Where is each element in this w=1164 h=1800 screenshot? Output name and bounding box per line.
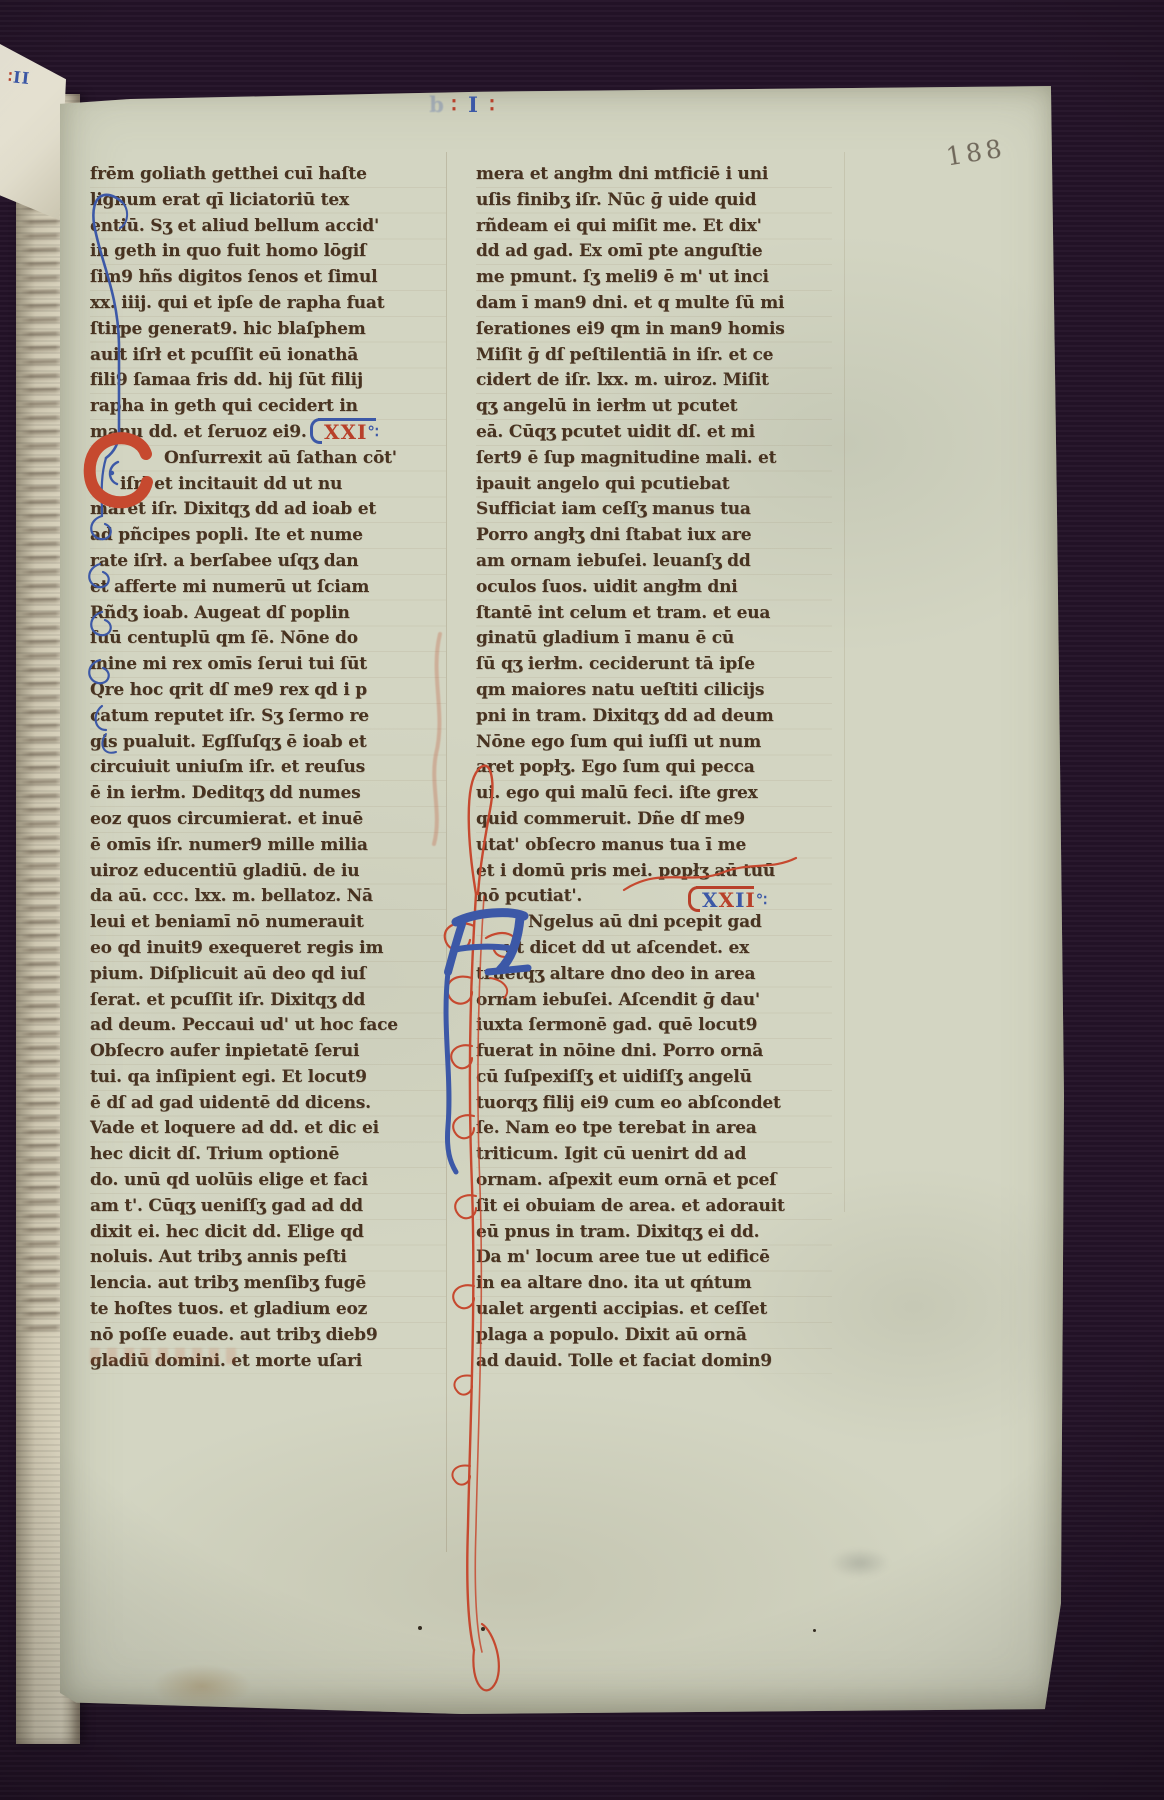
running-title-right-dots: ∶ xyxy=(489,92,494,117)
manuscript-text-line: ginatū gladium ī manu ē cū xyxy=(476,626,832,652)
chapter-numeral-xxi: XXI xyxy=(324,424,367,443)
manuscript-text-line: ſerationes ei9 qm in man9 homis xyxy=(476,317,832,343)
parchment-smudge xyxy=(830,1548,890,1578)
numeral-letter: X xyxy=(341,420,358,444)
facing-leaf-text-blur xyxy=(20,149,64,1340)
manuscript-text-line: cidert de iſr. lxx. m. uiroz. Miſit xyxy=(476,368,832,394)
running-title-ghost-offset: b xyxy=(429,92,444,117)
manuscript-text-line: dd ad gad. Ex omī pte anguſtie xyxy=(476,239,832,265)
manuscript-text-line: am ornam iebuſei. leuanſʒ dd xyxy=(476,549,832,575)
decorated-initial-a xyxy=(390,726,560,1736)
show-through-red-ghost xyxy=(424,632,454,846)
numeral-letter: I xyxy=(357,420,367,444)
running-title-left-dots: ∶ xyxy=(451,92,456,117)
manuscript-text-line: qm maiores natu ueſtiti cilicijs xyxy=(476,678,832,704)
manuscript-text-line: Miſit ḡ dſ peſtilentiā in iſr. et ce xyxy=(476,343,832,369)
manuscript-text-line: oculos ſuos. uidit angłm dni xyxy=(476,575,832,601)
manuscript-text-line: eā. Cūqʒ pcutet uidit dſ. et mi xyxy=(476,420,832,446)
numeral-terminal-flourish: °∶ xyxy=(367,423,378,441)
manuscript-text-line: qʒ angelū in ierłm ut pcutet xyxy=(476,394,832,420)
manuscript-text-line: frēm goliath getthei cuī haſte xyxy=(90,162,446,188)
facing-running-title-fragment: ∶II xyxy=(7,67,31,88)
photograph-backdrop: ∶II b ∶ I ∶ 188 frēm goliath getthei cuī… xyxy=(0,0,1164,1800)
manuscript-text-line: mera et angłm dni mtficiē i uni xyxy=(476,162,832,188)
manuscript-text-line: uſis finibʒ iſr. Nūc ḡ uide quid xyxy=(476,188,832,214)
manuscript-text-line: ſert9 ē ſup magnitudine mali. et xyxy=(476,446,832,472)
manuscript-text-line: ipauit angelo qui pcutiebat xyxy=(476,472,832,498)
decorated-initial-c xyxy=(62,186,162,826)
running-title-numeral: I xyxy=(464,92,482,117)
capitulum-pilcrow-icon xyxy=(310,418,322,444)
manuscript-text-line: Sufficiat iam ceſſʒ manus tua xyxy=(476,497,832,523)
ink-speck xyxy=(418,1626,422,1630)
numeral-letter: X xyxy=(324,420,341,444)
folio-number: 188 xyxy=(944,134,1008,172)
parchment-stain xyxy=(152,1664,252,1708)
running-title: b ∶ I ∶ xyxy=(352,92,572,117)
facing-title-letters: II xyxy=(12,67,31,88)
ink-speck xyxy=(481,1627,485,1631)
facing-page-corner: ∶II xyxy=(0,44,66,220)
red-flourish-over-xxii xyxy=(620,854,804,898)
chapter-marker-xxi: XXI°∶ xyxy=(310,418,379,444)
manuscript-text-line: Porro angłʒ dni ſtabat iux are xyxy=(476,523,832,549)
show-through-red-text-ghost xyxy=(90,1348,240,1364)
ink-speck xyxy=(813,1629,816,1632)
manuscript-text-line: ſtantē int celum et tram. et eua xyxy=(476,601,832,627)
ruling-line-right-margin xyxy=(844,152,845,1212)
manuscript-text-line: rñdeam ei qui miſit me. Et dix' xyxy=(476,214,832,240)
manuscript-text-line: ſū qʒ ierłm. ceciderunt tā ipſe xyxy=(476,652,832,678)
manuscript-text-line: me pmunt. ſʒ meli9 ē m' ut inci xyxy=(476,265,832,291)
manuscript-text-line: dam ī man9 dni. et q multe ſū mi xyxy=(476,291,832,317)
manuscript-page: b ∶ I ∶ 188 frēm goliath getthei cuī haſ… xyxy=(60,86,1064,1714)
